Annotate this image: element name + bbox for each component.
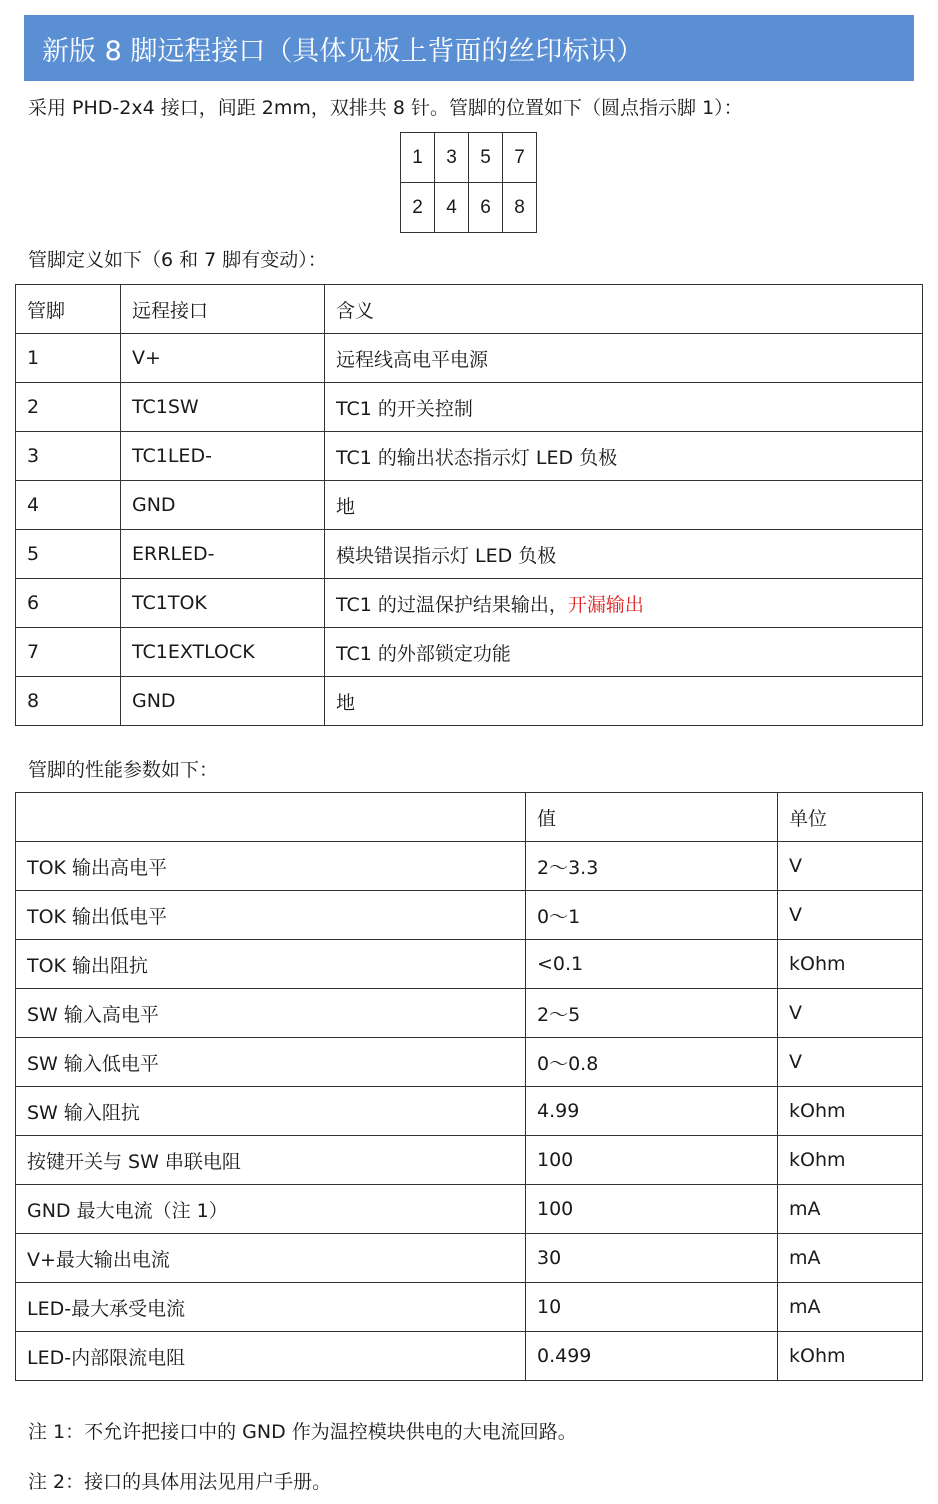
pin-number: 4 — [16, 481, 121, 530]
table-row: V+最大输出电流30mA — [16, 1234, 923, 1283]
pin-meaning: TC1 的外部锁定功能 — [325, 628, 923, 677]
pin-number: 8 — [16, 677, 121, 726]
param-name: LED-最大承受电流 — [16, 1283, 526, 1332]
performance-table: 值 单位 TOK 输出高电平2～3.3VTOK 输出低电平0～1VTOK 输出阻… — [15, 792, 923, 1381]
pin-meaning: 远程线高电平电源 — [325, 334, 923, 383]
table-row: TOK 输出低电平0～1V — [16, 891, 923, 940]
perf-heading: 管脚的性能参数如下： — [28, 755, 218, 782]
pin-definition-table: 管脚 远程接口 含义 1V+远程线高电平电源2TC1SWTC1 的开关控制3TC… — [15, 284, 923, 726]
pin-row-bottom: 2 4 6 8 — [401, 183, 537, 233]
param-value: 100 — [526, 1136, 778, 1185]
param-value: 2～3.3 — [526, 842, 778, 891]
meaning-highlight: 开漏输出 — [568, 594, 644, 616]
param-unit: V — [778, 1038, 923, 1087]
intro-text: 采用 PHD-2x4 接口，间距 2mm，双排共 8 针。管脚的位置如下（圆点指… — [28, 93, 743, 120]
table-row: 1V+远程线高电平电源 — [16, 334, 923, 383]
param-unit: V — [778, 891, 923, 940]
param-name: SW 输入低电平 — [16, 1038, 526, 1087]
param-name: V+最大输出电流 — [16, 1234, 526, 1283]
pin-signal-name: ERRLED- — [121, 530, 325, 579]
param-name: SW 输入高电平 — [16, 989, 526, 1038]
param-value: 0～0.8 — [526, 1038, 778, 1087]
pin-signal-name: V+ — [121, 334, 325, 383]
pin-number: 5 — [16, 530, 121, 579]
param-name: 按键开关与 SW 串联电阻 — [16, 1136, 526, 1185]
table-row: LED-内部限流电阻0.499kOhm — [16, 1332, 923, 1381]
pin-layout-grid: 1 3 5 7 2 4 6 8 — [400, 132, 537, 233]
param-name: GND 最大电流（注 1） — [16, 1185, 526, 1234]
pin-meaning: 模块错误指示灯 LED 负极 — [325, 530, 923, 579]
pin-signal-name: TC1LED- — [121, 432, 325, 481]
header-cell: 管脚 — [16, 285, 121, 334]
table-row: 4GND地 — [16, 481, 923, 530]
table-row: 5ERRLED-模块错误指示灯 LED 负极 — [16, 530, 923, 579]
page-title: 新版 8 脚远程接口（具体见板上背面的丝印标识） — [42, 29, 643, 68]
param-unit: kOhm — [778, 940, 923, 989]
pin-signal-name: GND — [121, 481, 325, 530]
param-name: TOK 输出低电平 — [16, 891, 526, 940]
meaning-text: TC1 的外部锁定功能 — [336, 643, 511, 665]
meaning-text: 远程线高电平电源 — [336, 349, 488, 371]
pin-cell: 7 — [503, 133, 537, 183]
header-cell — [16, 793, 526, 842]
table-row: 8GND地 — [16, 677, 923, 726]
pin-cell: 4 — [435, 183, 469, 233]
param-unit: mA — [778, 1185, 923, 1234]
table-header-row: 值 单位 — [16, 793, 923, 842]
table-row: GND 最大电流（注 1）100mA — [16, 1185, 923, 1234]
definition-heading: 管脚定义如下（6 和 7 脚有变动）： — [28, 245, 327, 272]
pin-number: 2 — [16, 383, 121, 432]
param-name: SW 输入阻抗 — [16, 1087, 526, 1136]
table-row: 3TC1LED-TC1 的输出状态指示灯 LED 负极 — [16, 432, 923, 481]
pin-row-top: 1 3 5 7 — [401, 133, 537, 183]
header-cell: 含义 — [325, 285, 923, 334]
table-row: LED-最大承受电流10mA — [16, 1283, 923, 1332]
param-name: TOK 输出高电平 — [16, 842, 526, 891]
pin-signal-name: TC1EXTLOCK — [121, 628, 325, 677]
table-row: SW 输入低电平0～0.8V — [16, 1038, 923, 1087]
pin-number: 6 — [16, 579, 121, 628]
param-value: 0.499 — [526, 1332, 778, 1381]
pin-meaning: TC1 的输出状态指示灯 LED 负极 — [325, 432, 923, 481]
pin-cell: 2 — [401, 183, 435, 233]
table-row: TOK 输出阻抗<0.1kOhm — [16, 940, 923, 989]
param-value: 4.99 — [526, 1087, 778, 1136]
table-row: 7TC1EXTLOCKTC1 的外部锁定功能 — [16, 628, 923, 677]
pin-meaning: TC1 的开关控制 — [325, 383, 923, 432]
pin-meaning: 地 — [325, 677, 923, 726]
meaning-text: 地 — [336, 496, 355, 518]
param-value: 30 — [526, 1234, 778, 1283]
table-row: TOK 输出高电平2～3.3V — [16, 842, 923, 891]
meaning-text: 地 — [336, 692, 355, 714]
param-unit: kOhm — [778, 1332, 923, 1381]
table-header-row: 管脚 远程接口 含义 — [16, 285, 923, 334]
pin-cell: 8 — [503, 183, 537, 233]
param-value: 100 — [526, 1185, 778, 1234]
note-1: 注 1：不允许把接口中的 GND 作为温控模块供电的大电流回路。 — [28, 1417, 577, 1444]
pin-signal-name: TC1TOK — [121, 579, 325, 628]
pin-meaning: TC1 的过温保护结果输出，开漏输出 — [325, 579, 923, 628]
pin-signal-name: TC1SW — [121, 383, 325, 432]
pin-number: 1 — [16, 334, 121, 383]
pin-cell: 6 — [469, 183, 503, 233]
param-value: 2～5 — [526, 989, 778, 1038]
table-row: 按键开关与 SW 串联电阻100kOhm — [16, 1136, 923, 1185]
param-unit: mA — [778, 1234, 923, 1283]
table-row: 6TC1TOKTC1 的过温保护结果输出，开漏输出 — [16, 579, 923, 628]
note-2: 注 2：接口的具体用法见用户手册。 — [28, 1467, 331, 1494]
table-row: 2TC1SWTC1 的开关控制 — [16, 383, 923, 432]
param-unit: V — [778, 842, 923, 891]
header-cell: 值 — [526, 793, 778, 842]
param-unit: kOhm — [778, 1136, 923, 1185]
param-unit: mA — [778, 1283, 923, 1332]
meaning-text: TC1 的输出状态指示灯 LED 负极 — [336, 447, 617, 469]
meaning-text: 模块错误指示灯 LED 负极 — [336, 545, 556, 567]
pin-signal-name: GND — [121, 677, 325, 726]
table-row: SW 输入阻抗4.99kOhm — [16, 1087, 923, 1136]
pin-number: 3 — [16, 432, 121, 481]
pin-cell: 1 — [401, 133, 435, 183]
param-name: LED-内部限流电阻 — [16, 1332, 526, 1381]
pin-cell: 5 — [469, 133, 503, 183]
table-row: SW 输入高电平2～5V — [16, 989, 923, 1038]
pin-meaning: 地 — [325, 481, 923, 530]
header-cell: 单位 — [778, 793, 923, 842]
param-value: 10 — [526, 1283, 778, 1332]
pin-cell: 3 — [435, 133, 469, 183]
param-value: 0～1 — [526, 891, 778, 940]
header-cell: 远程接口 — [121, 285, 325, 334]
title-banner: 新版 8 脚远程接口（具体见板上背面的丝印标识） — [24, 15, 914, 81]
meaning-text: TC1 的过温保护结果输出， — [336, 594, 568, 616]
param-value: <0.1 — [526, 940, 778, 989]
param-name: TOK 输出阻抗 — [16, 940, 526, 989]
meaning-text: TC1 的开关控制 — [336, 398, 473, 420]
param-unit: kOhm — [778, 1087, 923, 1136]
pin-number: 7 — [16, 628, 121, 677]
param-unit: V — [778, 989, 923, 1038]
